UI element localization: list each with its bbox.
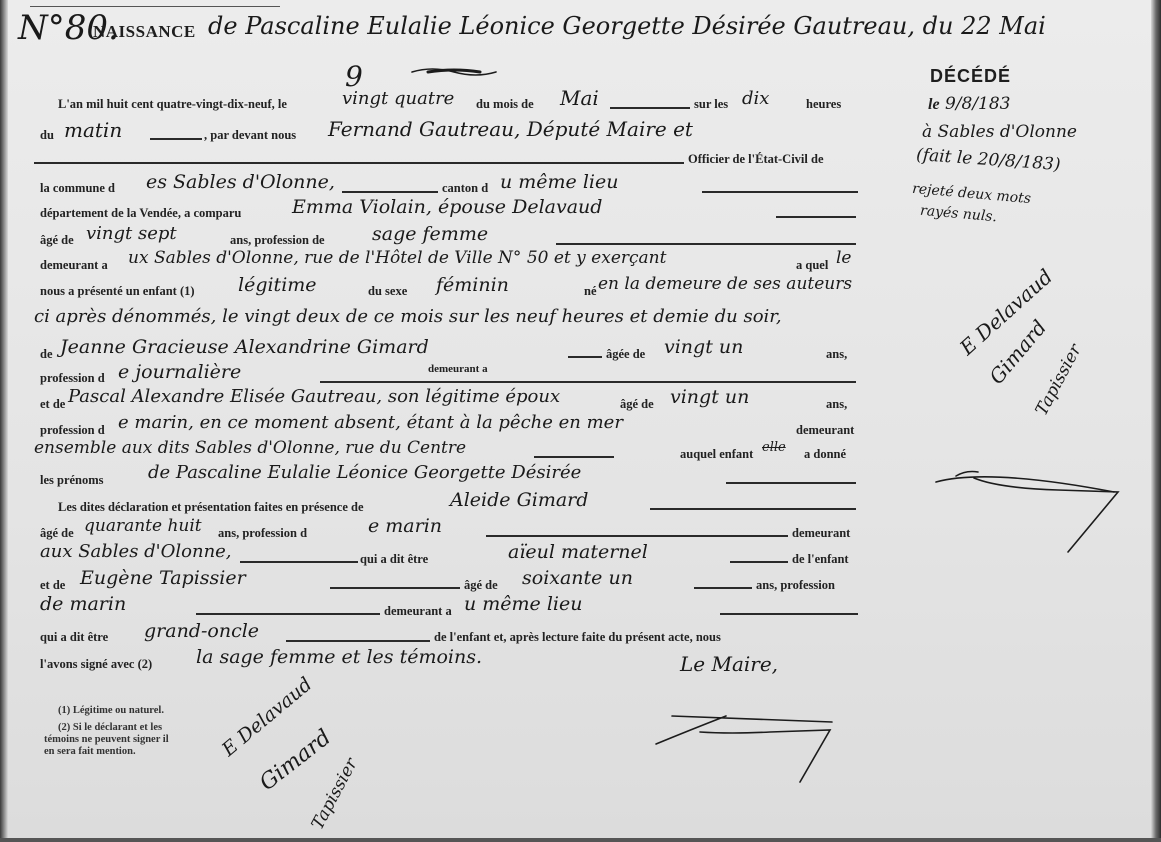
signature-gimard: Gimard	[255, 725, 336, 796]
text-residence-label: demeurant a	[40, 258, 108, 273]
blank-line	[150, 138, 202, 140]
field-witness2-name: Eugène Tapissier	[80, 567, 246, 589]
number-prefix: N°	[18, 8, 65, 48]
footnote-2-line2: témoins ne peuvent signer il	[44, 734, 169, 745]
blank-line	[726, 482, 856, 484]
field-signers: la sage femme et les témoins.	[196, 646, 482, 668]
blank-line	[702, 191, 858, 193]
text-relation-label: qui a dit être	[40, 630, 108, 645]
text-et-de: et de	[40, 578, 65, 593]
field-quel-suffix: le	[836, 248, 852, 268]
page-right-edge	[1151, 0, 1161, 842]
text-of-child: de l'enfant	[792, 552, 849, 567]
field-witness1-profession: e marin	[368, 515, 442, 537]
text-hours: heures	[806, 97, 841, 112]
text-month-label: du mois de	[476, 97, 534, 112]
text-age-label: âgé de	[40, 233, 74, 248]
text-reading-done: de l'enfant et, après lecture faite du p…	[434, 630, 721, 645]
text-relation-label: qui a dit être	[360, 552, 428, 567]
margin-note-line2: rayés nuls.	[919, 203, 997, 226]
text-officer-title: Officier de l'État-Civil de	[688, 152, 824, 167]
text-father-age-label: âgé de	[620, 397, 654, 412]
death-date-prefix: le	[928, 96, 940, 113]
field-day: vingt quatre	[342, 88, 454, 109]
death-date-value: 9/8/183	[945, 94, 1011, 114]
text-ans: ans,	[826, 397, 847, 412]
signature-tapissier: Tapissier	[308, 755, 362, 833]
field-mother-name: Jeanne Gracieuse Alexandrine Gimard	[60, 336, 429, 358]
text-born: né	[584, 284, 597, 299]
text-witnesses-presence: Les dites déclaration et présentation fa…	[58, 500, 364, 515]
text-hours-label: sur les	[694, 97, 728, 112]
text-de: de	[40, 347, 53, 362]
text-par-devant: , par devant nous	[204, 128, 296, 143]
page-binding-edge	[0, 0, 8, 842]
text-a-quel: a quel	[796, 258, 828, 273]
field-birth-datetime: ci après dénommés, le vingt deux de ce m…	[34, 306, 782, 327]
blank-line	[650, 508, 856, 510]
text-commune: la commune d	[40, 181, 115, 196]
death-place: à Sables d'Olonne	[922, 122, 1077, 142]
field-sex: féminin	[436, 274, 509, 296]
blank-line	[610, 107, 690, 109]
blank-line	[286, 640, 430, 642]
field-officer-name: Fernand Gautreau, Député Maire et	[328, 117, 693, 141]
field-father-profession: e marin, en ce moment absent, étant à la…	[118, 412, 623, 433]
field-mother-age: vingt un	[664, 336, 743, 358]
margin-mayor-signature-icon	[928, 462, 1128, 562]
text-profession-label: ans, profession d	[218, 526, 307, 541]
text-department: département de la Vendée, a comparu	[40, 206, 241, 221]
text-presented-child: nous a présenté un enfant (1)	[40, 284, 195, 299]
field-parents-residence: ensemble aux dits Sables d'Olonne, rue d…	[34, 438, 466, 458]
field-witness2-age: soixante un	[522, 567, 633, 589]
footnote-2-line1: (2) Si le déclarant et les	[58, 722, 162, 733]
blank-line-strikethrough	[320, 381, 856, 383]
text-mother-profession-label: profession d	[40, 371, 105, 386]
field-child-first-names: de Pascaline Eulalie Léonice Georgette D…	[148, 462, 581, 483]
blank-line	[34, 162, 684, 164]
ornament-flourish-icon	[412, 66, 496, 78]
text-sex-label: du sexe	[368, 284, 407, 299]
page-bottom-edge	[0, 838, 1161, 842]
text-mother-age-label: âgée de	[606, 347, 645, 362]
mayor-signature-icon	[650, 710, 830, 790]
field-commune: es Sables d'Olonne,	[146, 171, 335, 193]
field-witness2-relation: grand-oncle	[144, 620, 259, 642]
footnote-2-line3: en sera fait mention.	[44, 746, 136, 757]
act-type: NAISSANCE	[93, 22, 196, 42]
text-age-label: âgé de	[464, 578, 498, 593]
field-declarant-profession: sage femme	[372, 223, 488, 245]
field-father-name: Pascal Alexandre Elisée Gautreau, son lé…	[68, 386, 560, 407]
blank-line	[330, 587, 460, 589]
blank-line	[240, 561, 358, 563]
text-age-label: âgé de	[40, 526, 74, 541]
field-witness1-relation: aïeul maternel	[508, 541, 648, 563]
field-pronoun: elle	[762, 440, 786, 455]
deceased-stamp: DÉCÉDÉ	[930, 66, 1011, 87]
text-ans: ans,	[826, 347, 847, 362]
blank-line	[720, 613, 858, 615]
birth-record-page: N°80. NAISSANCE de Pascaline Eulalie Léo…	[0, 0, 1161, 842]
field-mother-profession: e journalière	[118, 361, 241, 383]
blank-line	[694, 587, 752, 589]
blank-line	[556, 243, 856, 245]
footnote-1: (1) Légitime ou naturel.	[58, 705, 164, 716]
blank-line	[776, 216, 856, 218]
field-witness2-profession: de marin	[40, 593, 126, 615]
text-profession-label: ans, profession de	[230, 233, 325, 248]
mayor-title: Le Maire,	[680, 652, 778, 676]
text-et-de: et de	[40, 397, 65, 412]
margin-signature-tapissier: Tapissier	[1032, 341, 1086, 419]
field-witness1-residence: aux Sables d'Olonne,	[40, 541, 232, 562]
text-demeurant: demeurant	[796, 423, 854, 438]
field-witness1-name: Aleide Gimard	[450, 489, 588, 511]
death-record-made-on: (fait le 20/8/183)	[915, 145, 1061, 175]
field-witness2-residence: u même lieu	[464, 593, 582, 615]
text-father-profession-label: profession d	[40, 423, 105, 438]
text-demeurant: demeurant	[792, 526, 850, 541]
field-canton: u même lieu	[500, 171, 618, 193]
text-year: L'an mil huit cent quatre-vingt-dix-neuf…	[58, 97, 287, 112]
field-hour: dix	[742, 88, 769, 109]
field-time-of-day: matin	[64, 118, 122, 142]
field-father-age: vingt un	[670, 386, 749, 408]
blank-line	[486, 535, 788, 537]
field-birth-place: en la demeure de ses auteurs	[598, 274, 852, 294]
text-canton: canton d	[442, 181, 488, 196]
text-ans-profession: ans, profession	[756, 578, 835, 593]
blank-line	[534, 456, 614, 458]
text-first-names-label: les prénoms	[40, 473, 104, 488]
act-subject: de Pascaline Eulalie Léonice Georgette D…	[208, 12, 1046, 40]
text-du: du	[40, 128, 54, 143]
text-signed-with: l'avons signé avec (2)	[40, 657, 152, 672]
text-a-donne: a donné	[804, 447, 846, 462]
blank-line	[196, 613, 380, 615]
blank-line	[342, 191, 438, 193]
top-rule	[30, 6, 280, 7]
field-legitimacy: légitime	[238, 274, 317, 296]
field-declarant: Emma Violain, épouse Delavaud	[292, 196, 602, 218]
text-residence-label: demeurant a	[384, 604, 452, 619]
field-witness1-age: quarante huit	[84, 516, 202, 536]
blank-line	[568, 356, 602, 358]
field-declarant-residence: ux Sables d'Olonne, rue de l'Hôtel de Vi…	[128, 248, 666, 268]
text-child-given: auquel enfant	[680, 447, 753, 462]
field-declarant-age: vingt sept	[86, 223, 177, 244]
text-residence-struck: demeurant a	[428, 363, 488, 375]
field-month: Mai	[560, 86, 599, 110]
death-date: le 9/8/183	[928, 94, 1011, 114]
blank-line	[730, 561, 788, 563]
